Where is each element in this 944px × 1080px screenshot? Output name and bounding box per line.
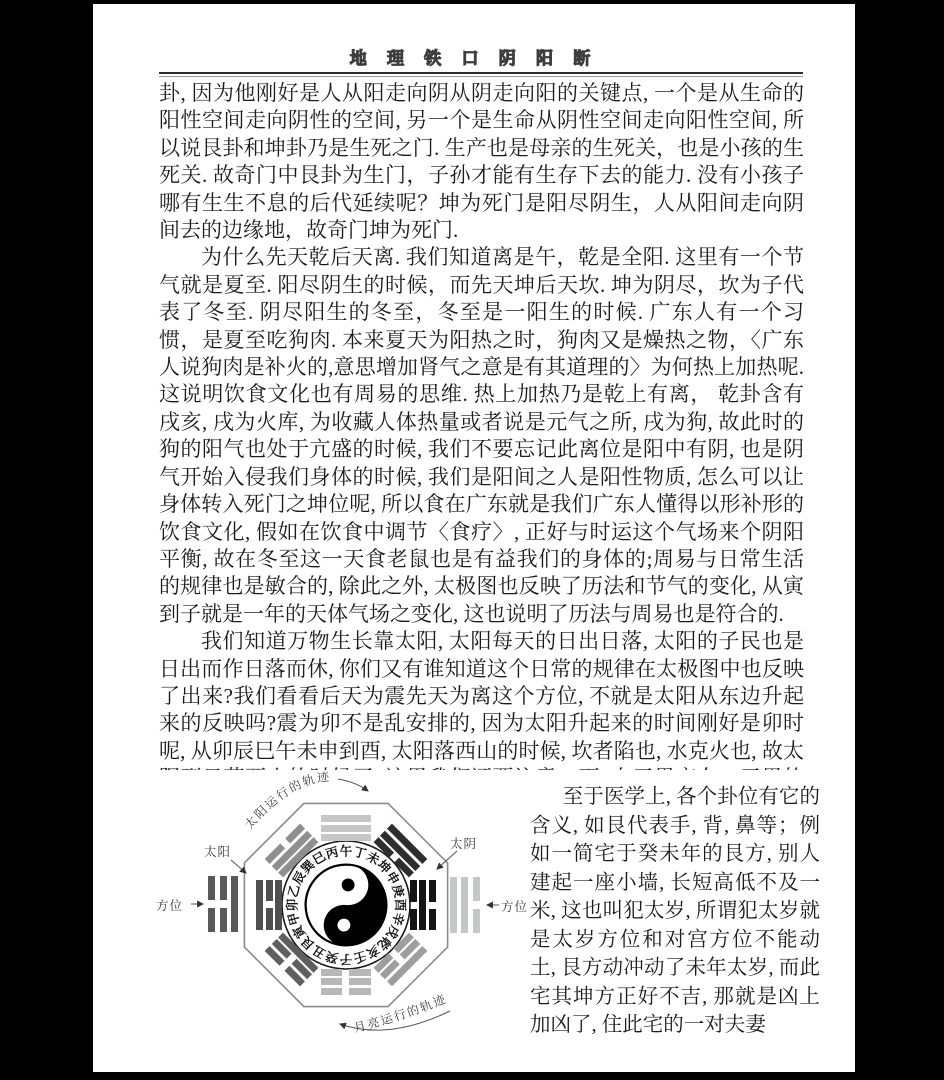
ring-char: 子 — [340, 952, 353, 965]
trigram-qian — [321, 815, 371, 841]
moon-label: 太阴 — [450, 834, 477, 852]
bottom-section: 太阳运行的轨迹 月亮运行的轨迹 — [93, 770, 855, 1072]
right-column-text: 至于医学上, 各个卦位有它的含义, 如艮代表手, 背, 鼻等；例如一简宅于癸未年… — [530, 783, 820, 1040]
bagua-overlay: 午丁未坤申庚酉辛戌乾亥壬子癸丑艮寅甲卯乙辰巽巳丙 太阳 太阴 方位 方位 — [148, 770, 553, 1072]
body-text: 卦, 因为他刚好是人从阳走向阴从阴走向阳的关键点, 一个是从生命的阳性空间走向阴… — [159, 80, 804, 770]
paragraph-4: 至于医学上, 各个卦位有它的含义, 如艮代表手, 背, 鼻等；例如一简宅于癸未年… — [530, 783, 820, 1040]
direction-label-left: 方位 — [156, 896, 183, 914]
ring-char: 午 — [340, 845, 353, 858]
yin-yang-symbol — [303, 862, 389, 948]
header-divider — [159, 72, 803, 77]
direction-label-right: 方位 — [501, 897, 528, 915]
bagua-diagram: 太阳运行的轨迹 月亮运行的轨迹 — [148, 770, 553, 1072]
trigram-east-direction — [208, 876, 238, 932]
scanned-page-screen: 地 理 铁 口 阴 阳 断 卦, 因为他刚好是人从阳走向阴从阴走向阳的关键点, … — [0, 0, 944, 1080]
ring-char: 庚 — [390, 883, 405, 898]
sun-label: 太阳 — [204, 842, 231, 860]
page-header-title: 地 理 铁 口 阴 阳 断 — [93, 44, 855, 69]
book-page: 地 理 铁 口 阴 阳 断 卦, 因为他刚好是人从阳走向阴从阴走向阳的关键点, … — [93, 4, 855, 1072]
trigram-kan — [410, 880, 436, 930]
paragraph-2: 为什么先天乾后天离. 我们知道离是午，乾是全阳. 这里有一个节气就是夏至. 阳尽… — [159, 244, 804, 628]
direction-trigram-left — [208, 876, 238, 932]
trigram-west-direction — [450, 877, 480, 933]
trigram-li — [256, 880, 282, 930]
ring-char: 丙 — [324, 846, 339, 861]
trigram-kun — [321, 969, 371, 995]
paragraph-3: 我们知道万物生长靠太阳, 太阳每天的日出日落, 太阳的子民也是日出而作日落而休,… — [159, 628, 804, 770]
ring-char: 卯 — [286, 899, 299, 912]
paragraph-1: 卦, 因为他刚好是人从阳走向阴从阴走向阳的关键点, 一个是从生命的阳性空间走向阴… — [159, 80, 804, 244]
direction-trigram-right — [450, 877, 480, 933]
ring-char: 酉 — [393, 899, 406, 912]
ring-char: 癸 — [324, 949, 339, 964]
